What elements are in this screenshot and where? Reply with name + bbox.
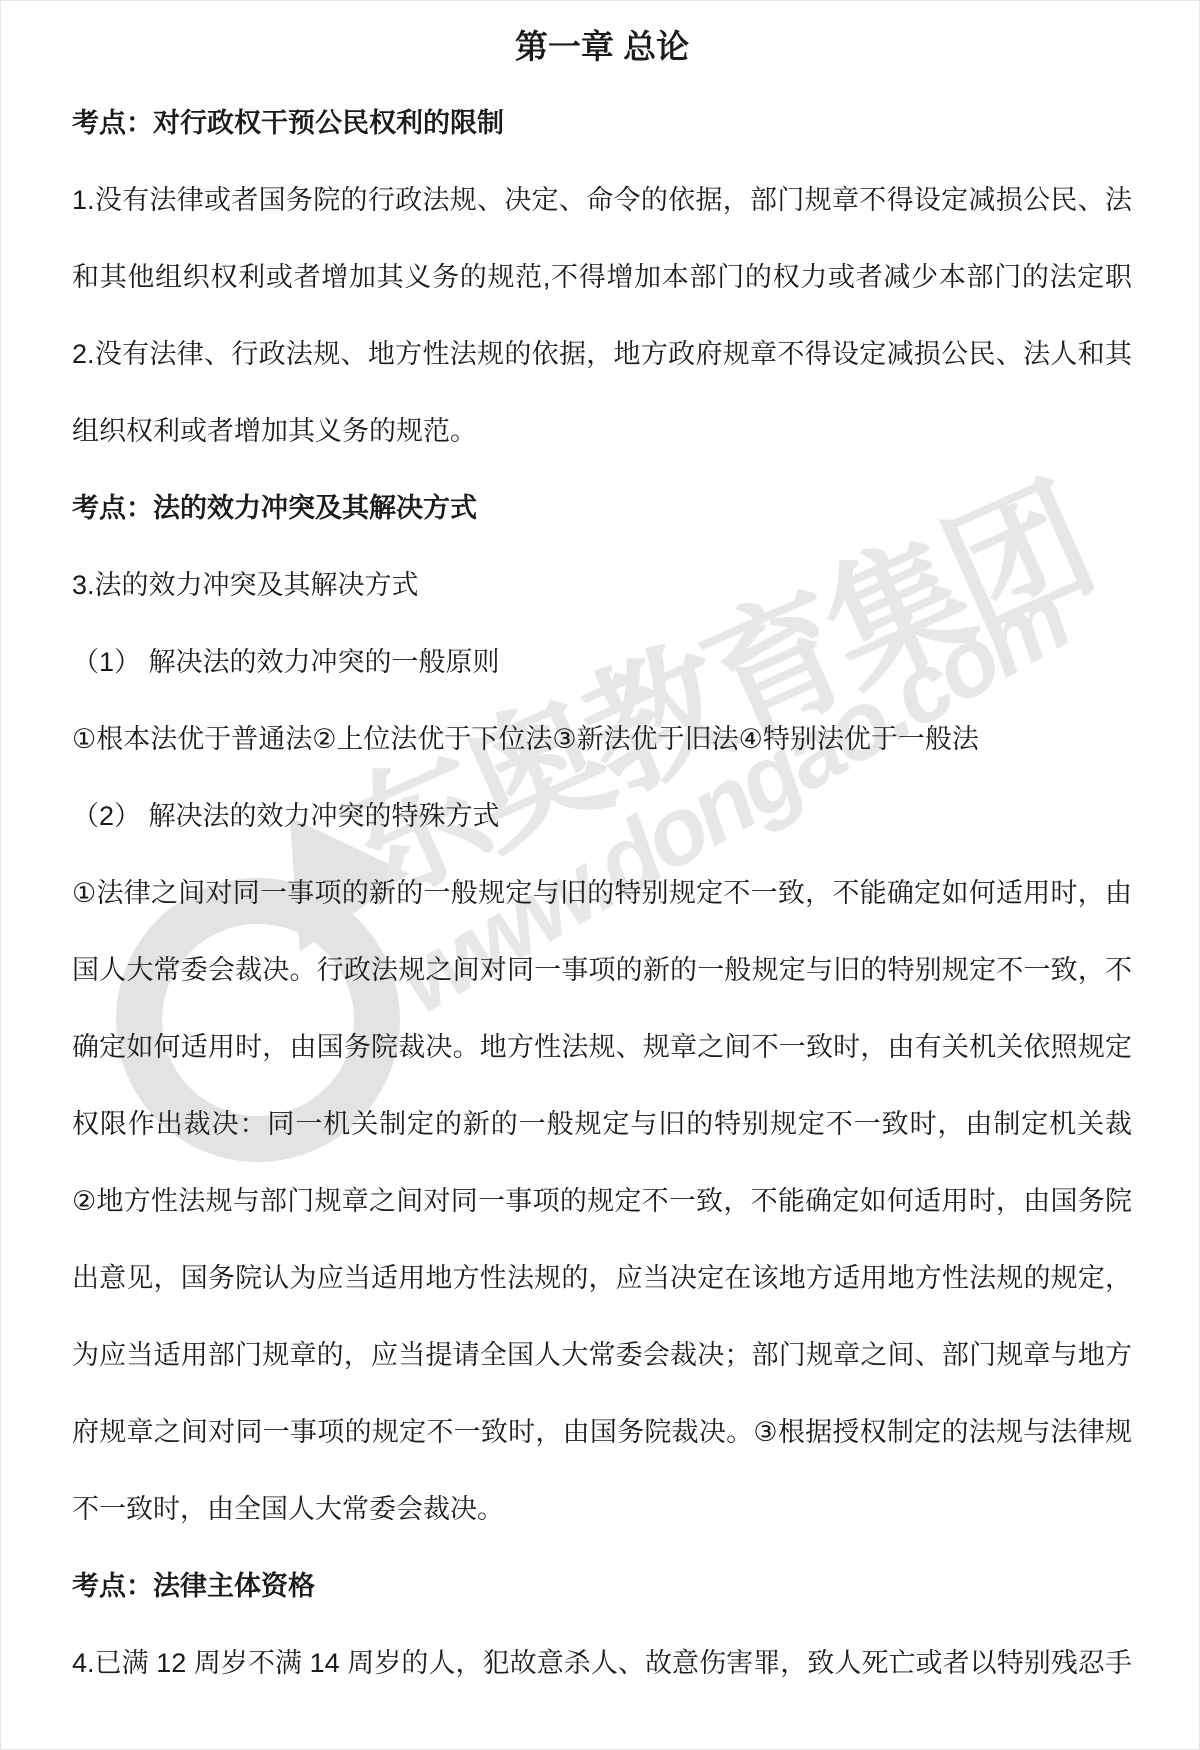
document-page: 东奥教育集团 www.dongao.com 第一章 总论 考点：对行政权干预公民…	[0, 0, 1200, 1750]
doc-line: 为应当适用部门规章的，应当提请全国人大常委会裁决；部门规章之间、部门规章与地方政	[72, 1317, 1132, 1394]
doc-line: 2.没有法律、行政法规、地方性法规的依据，地方政府规章不得设定减损公民、法人和其…	[72, 316, 1132, 393]
doc-line: ①法律之间对同一事项的新的一般规定与旧的特别规定不一致，不能确定如何适用时，由全	[72, 855, 1132, 932]
doc-line: 3.法的效力冲突及其解决方式	[72, 547, 1132, 624]
doc-line: 确定如何适用时，由国务院裁决。地方性法规、规章之间不一致时，由有关机关依照规定的	[72, 1009, 1132, 1086]
section-heading: 考点：对行政权干预公民权利的限制	[72, 85, 1132, 162]
page-title: 第一章 总论	[72, 8, 1132, 85]
doc-line: 不一致时，由全国人大常委会裁决。	[72, 1471, 1132, 1548]
doc-line: 权限作出裁决：同一机关制定的新的一般规定与旧的特别规定不一致时，由制定机关裁决。	[72, 1086, 1132, 1163]
section-heading: 考点：法律主体资格	[72, 1548, 1132, 1625]
document-content: 第一章 总论 考点：对行政权干预公民权利的限制 1.没有法律或者国务院的行政法规…	[0, 0, 1200, 1702]
doc-line: 1.没有法律或者国务院的行政法规、决定、命令的依据，部门规章不得设定减损公民、法…	[72, 162, 1132, 239]
doc-line: （1） 解决法的效力冲突的一般原则	[72, 624, 1132, 701]
doc-line: ②地方性法规与部门规章之间对同一事项的规定不一致，不能确定如何适用时，由国务院提	[72, 1163, 1132, 1240]
doc-line: 国人大常委会裁决。行政法规之间对同一事项的新的一般规定与旧的特别规定不一致，不能	[72, 932, 1132, 1009]
doc-line: ①根本法优于普通法②上位法优于下位法③新法优于旧法④特别法优于一般法	[72, 701, 1132, 778]
doc-line: （2） 解决法的效力冲突的特殊方式	[72, 778, 1132, 855]
doc-line: 和其他组织权利或者增加其义务的规范,不得增加本部门的权力或者减少本部门的法定职责…	[72, 239, 1132, 316]
doc-line: 4.已满 12 周岁不满 14 周岁的人，犯故意杀人、故意伤害罪，致人死亡或者以…	[72, 1625, 1132, 1702]
doc-line: 组织权利或者增加其义务的规范。	[72, 393, 1132, 470]
doc-line: 出意见，国务院认为应当适用地方性法规的，应当决定在该地方适用地方性法规的规定，认	[72, 1240, 1132, 1317]
doc-line: 府规章之间对同一事项的规定不一致时，由国务院裁决。③根据授权制定的法规与法律规定	[72, 1394, 1132, 1471]
section-heading: 考点：法的效力冲突及其解决方式	[72, 470, 1132, 547]
